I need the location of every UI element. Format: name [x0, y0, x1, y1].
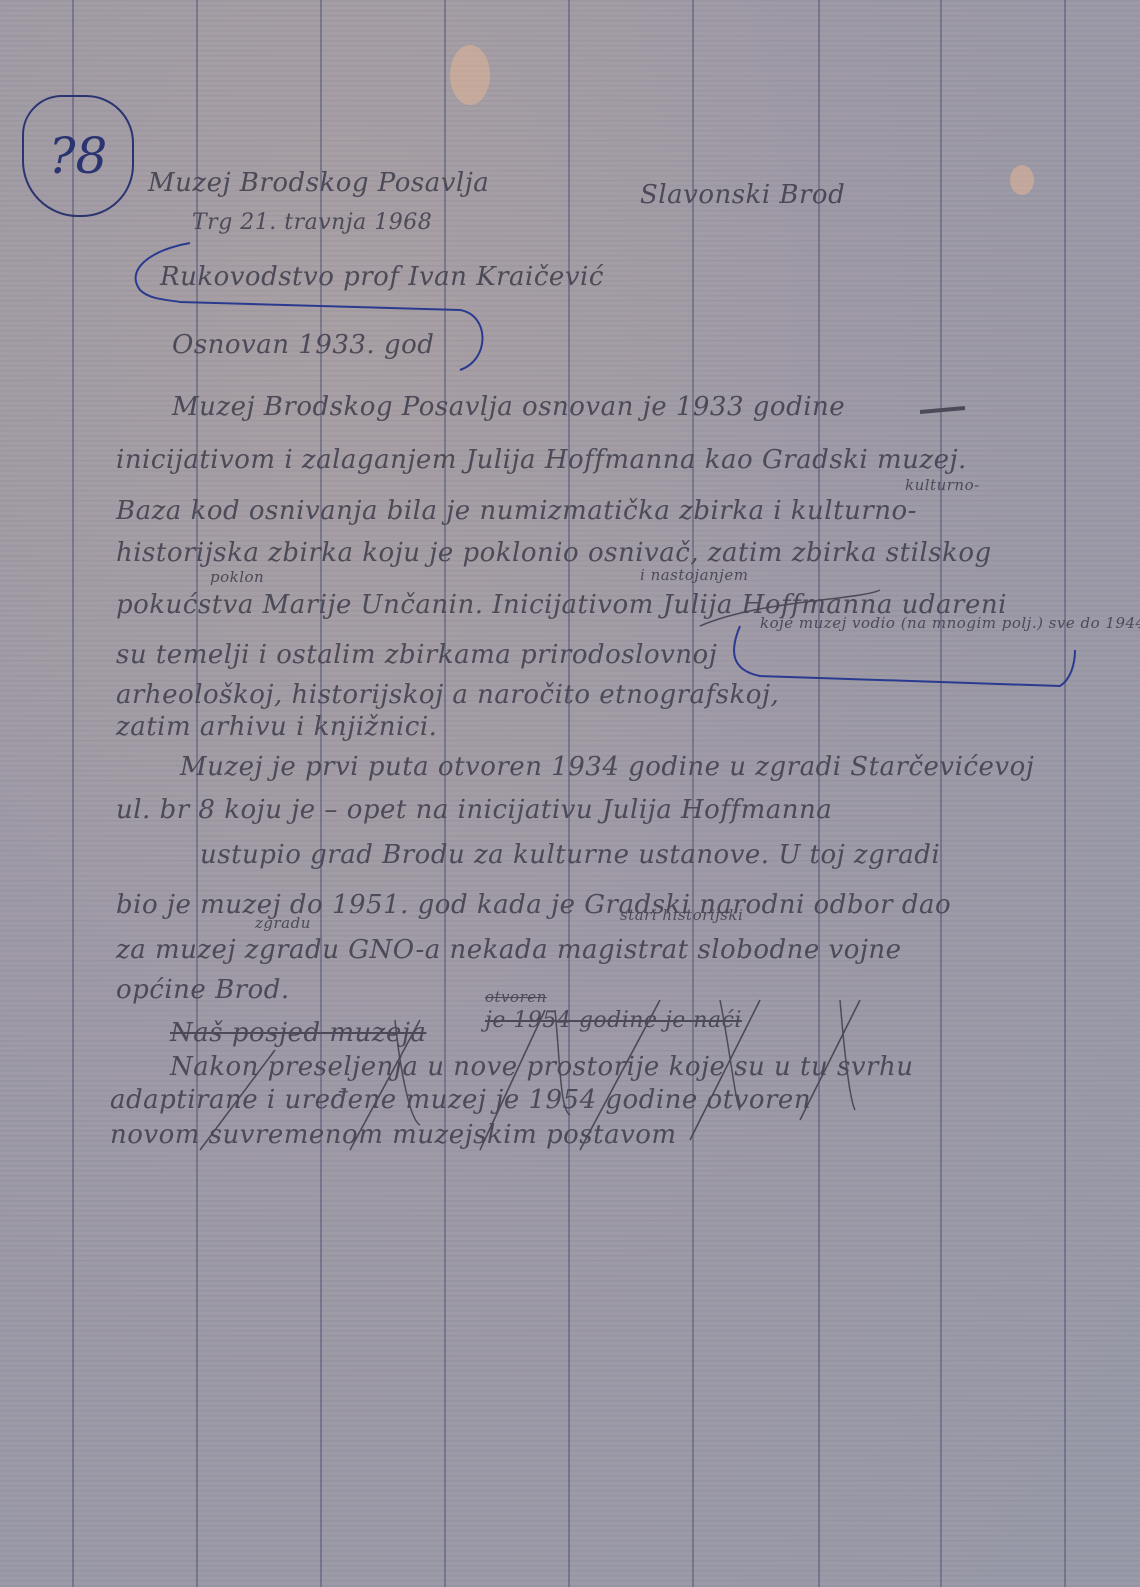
interlinear-note: zgradu [255, 914, 311, 932]
interlinear-note: stari historijski [620, 906, 743, 924]
text-line: bio je muzej do 1951. god kada je Gradsk… [116, 890, 951, 920]
text-line: ul. br 8 koju je – opet na inicijativu J… [116, 795, 832, 825]
ruled-line [196, 0, 198, 1587]
text-line: Muzej je prvi puta otvoren 1934 godine u… [180, 752, 1034, 782]
ruled-line [818, 0, 820, 1587]
text-line: novom suvremenom muzejskim postavom [110, 1120, 677, 1150]
text-line: za muzej zgradu GNO-a nekada magistrat s… [116, 935, 902, 965]
circled-line-2: Osnovan 1933. god [172, 330, 434, 360]
text-line: općine Brod. [116, 975, 290, 1005]
circled-line-1: Rukovodstvo prof Ivan Kraičević [160, 262, 604, 292]
ruled-line [444, 0, 446, 1587]
header-date: Trg 21. travnja 1968 [192, 210, 432, 235]
document-page: ?8 Muzej Brodskog Posavlja Slavonski Bro… [0, 0, 1140, 1587]
text-line: historijska zbirka koju je poklonio osni… [116, 538, 992, 568]
ruled-line [940, 0, 942, 1587]
text-line: zatim arhivu i knjižnici. [116, 712, 437, 742]
ruled-line [568, 0, 570, 1587]
text-line: adaptirane i uređene muzej je 1954 godin… [110, 1085, 811, 1115]
margin-note: koje muzej vodio (na mnogim polj.) sve d… [760, 614, 1140, 632]
ruled-line [72, 0, 74, 1587]
text-line: inicijativom i zalaganjem Julija Hoffman… [116, 445, 967, 475]
text-line: Baza kod osnivanja bila je numizmatička … [116, 496, 917, 526]
header-title: Muzej Brodskog Posavlja [148, 168, 489, 198]
struck-text: otvoren [485, 988, 547, 1006]
interlinear-note: kulturno- [905, 476, 980, 494]
page-marker: ?8 [22, 95, 134, 217]
text-line: Muzej Brodskog Posavlja osnovan je 1933 … [172, 392, 845, 422]
ruled-line [692, 0, 694, 1587]
struck-text: je 1954 godine je naći [485, 1008, 742, 1033]
paper-stain [1010, 165, 1034, 195]
text-line: arheološkoj, historijskoj a naročito etn… [116, 680, 779, 710]
interlinear-note: poklon [210, 568, 264, 586]
struck-text: Naš posjed muzeja [170, 1018, 426, 1048]
pen-annotations [0, 0, 1140, 1587]
header-place: Slavonski Brod [640, 180, 845, 210]
interlinear-note: i nastojanjem [640, 566, 748, 584]
paper-stain [450, 45, 490, 105]
text-line: Nakon preseljenja u nove prostorije koje… [170, 1052, 913, 1082]
ruled-line [320, 0, 322, 1587]
text-line: su temelji i ostalim zbirkama prirodoslo… [116, 640, 717, 670]
ruled-line [1064, 0, 1066, 1587]
text-line: ustupio grad Brodu za kulturne ustanove.… [200, 840, 940, 870]
